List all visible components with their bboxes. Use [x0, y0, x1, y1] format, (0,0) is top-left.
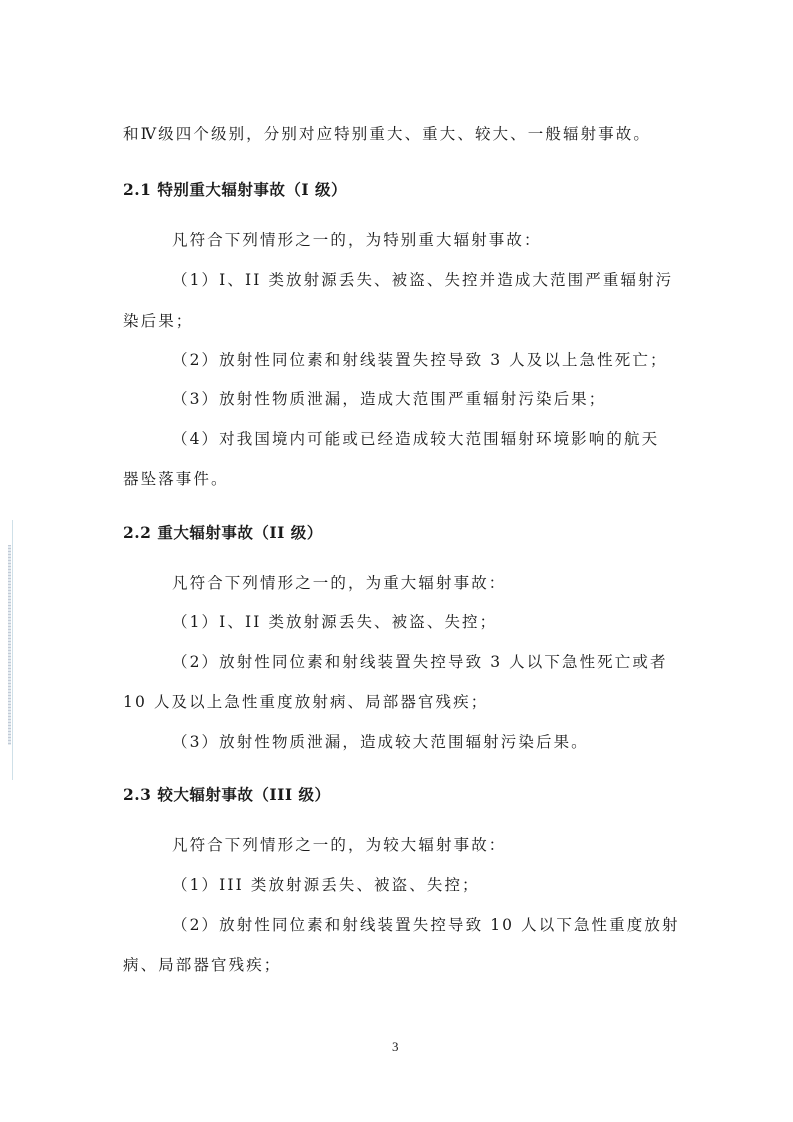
section-intro: 凡符合下列情形之一的，为重大辐射事故： — [172, 573, 506, 593]
list-item-continuation: 器坠落事件。 — [123, 469, 229, 489]
list-item-continuation: 10 人及以上急性重度放射病、局部器官残疾； — [123, 692, 488, 712]
list-item-continuation: 病、局部器官残疾； — [123, 955, 281, 975]
section-intro: 凡符合下列情形之一的，为较大辐射事故： — [172, 835, 506, 855]
list-item: （3）放射性物质泄漏，造成大范围严重辐射污染后果； — [172, 389, 606, 409]
page-number: 3 — [392, 1039, 399, 1055]
list-item: （2）放射性同位素和射线装置失控导致 3 人以下急性死亡或者 — [172, 652, 668, 672]
paragraph-line: 和Ⅳ级四个级别，分别对应特别重大、重大、较大、一般辐射事故。 — [123, 124, 651, 144]
list-item: （2）放射性同位素和射线装置失控导致 10 人以下急性重度放射 — [172, 915, 680, 935]
document-page: 和Ⅳ级四个级别，分别对应特别重大、重大、较大、一般辐射事故。 2.1 特别重大辐… — [0, 0, 793, 1122]
list-item: （1）III 类放射源丢失、被盗、失控； — [172, 875, 480, 895]
list-item: （2）放射性同位素和射线装置失控导致 3 人及以上急性死亡； — [172, 350, 668, 370]
list-item: （1）I、II 类放射源丢失、被盗、失控； — [172, 612, 497, 632]
section-heading-2-2: 2.2 重大辐射事故（II 级） — [123, 523, 323, 543]
list-item: （3）放射性物质泄漏，造成较大范围辐射污染后果。 — [172, 732, 589, 752]
section-heading-2-3: 2.3 较大辐射事故（III 级） — [123, 785, 331, 805]
list-item: （1）I、II 类放射源丢失、被盗、失控并造成大范围严重辐射污 — [172, 270, 673, 290]
list-item-continuation: 染后果； — [123, 311, 193, 331]
section-intro: 凡符合下列情形之一的，为特别重大辐射事故： — [172, 230, 542, 250]
list-item: （4）对我国境内可能或已经造成较大范围辐射环境影响的航天 — [172, 429, 659, 449]
section-heading-2-1: 2.1 特别重大辐射事故（I 级） — [123, 180, 347, 200]
